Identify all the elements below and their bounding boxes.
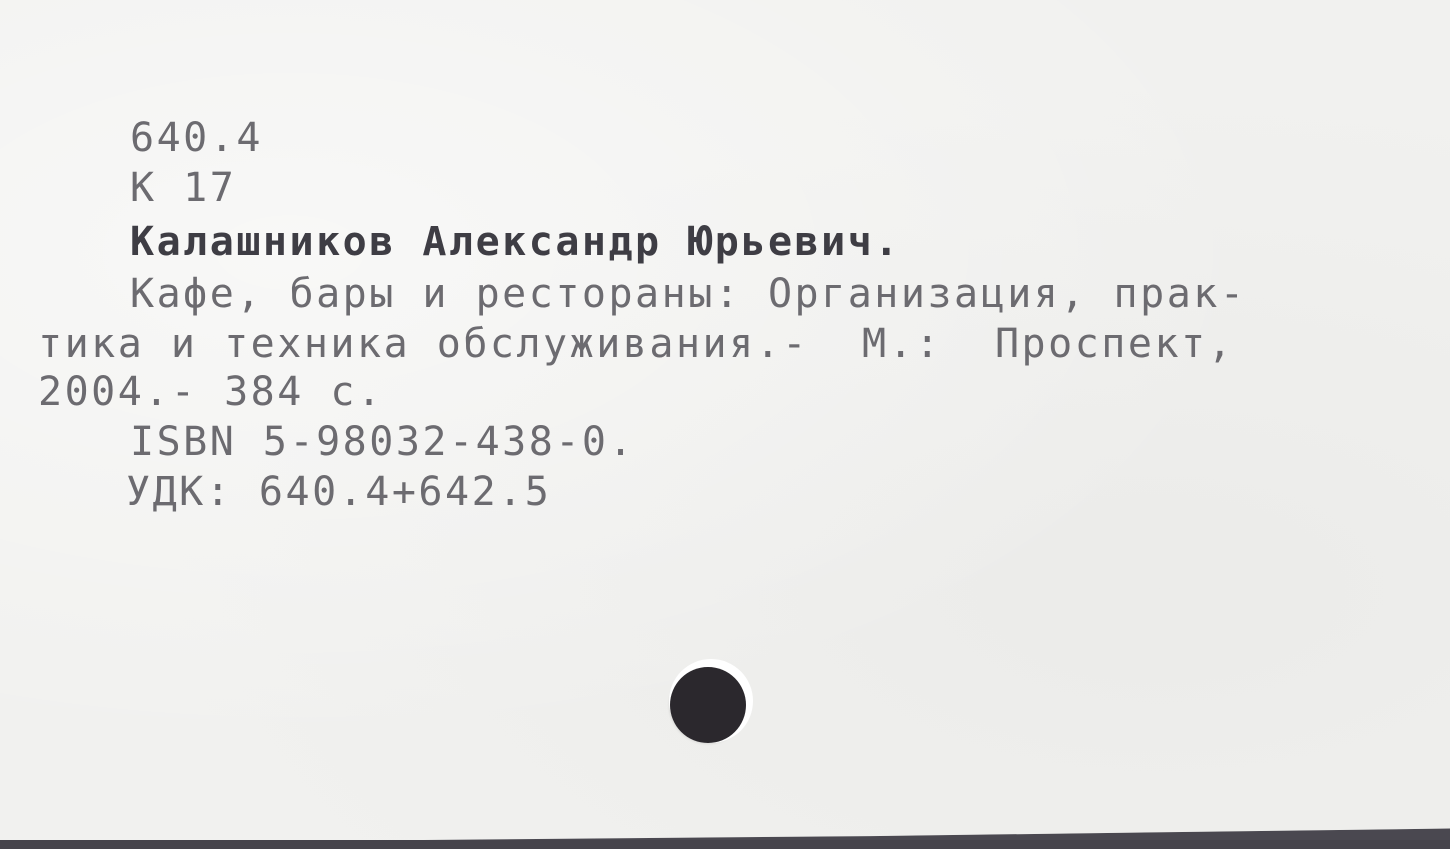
author-name: Калашников Александр Юрьевич. (130, 222, 901, 262)
author-mark: К 17 (130, 168, 236, 208)
isbn: ISBN 5-98032-438-0. (130, 422, 635, 462)
punch-hole (670, 667, 746, 743)
udc-code: УДК: 640.4+642.5 (126, 472, 551, 512)
title-line-1: Кафе, бары и рестораны: Организация, пра… (130, 274, 1246, 314)
classification-number: 640.4 (130, 118, 263, 158)
title-line-2: тика и техника обслуживания.- М.: Проспе… (38, 324, 1234, 364)
library-catalog-card: 640.4 К 17 Калашников Александр Юрьевич.… (0, 0, 1450, 842)
background-surface (0, 840, 1450, 849)
title-line-3: 2004.- 384 с. (38, 372, 384, 412)
